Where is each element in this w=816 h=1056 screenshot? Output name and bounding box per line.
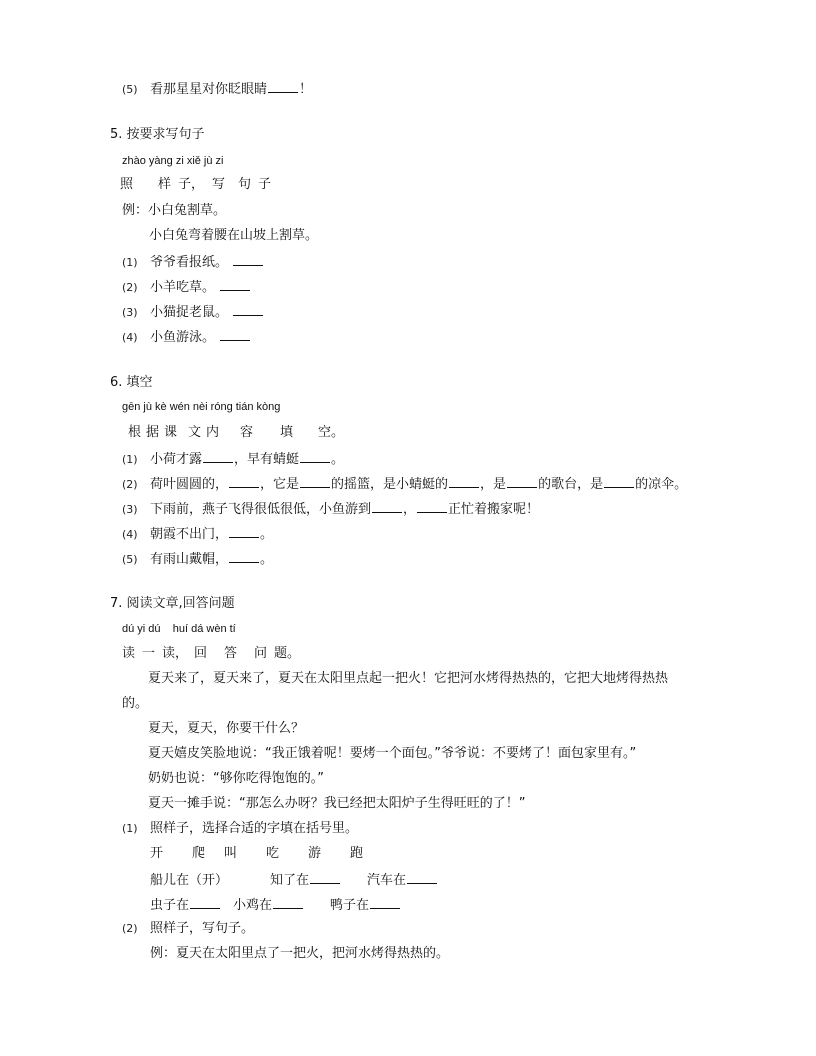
item-text: ，早有蜻蜓 bbox=[234, 452, 299, 467]
choice-char: 开 bbox=[150, 846, 192, 862]
answer-blank[interactable] bbox=[233, 303, 263, 316]
q7-sub2-example: 例：夏天在太阳里点了一把火，把河水烤得热热的。 bbox=[150, 946, 449, 962]
hanzi-char: 照 bbox=[120, 177, 158, 193]
answer-blank[interactable] bbox=[220, 328, 250, 341]
item-text: 小猫捉老鼠。 bbox=[150, 305, 228, 320]
example-sentence: 小白兔割草。 bbox=[148, 203, 226, 218]
fill-item: 虫子在 bbox=[150, 898, 189, 913]
item-number: (4) bbox=[122, 330, 150, 346]
item-number: (2) bbox=[122, 477, 150, 493]
hanzi-char: 容 bbox=[240, 425, 280, 441]
hanzi-char: 回 bbox=[194, 646, 224, 662]
answer-blank[interactable] bbox=[229, 525, 259, 538]
fill-item: 小鸡在 bbox=[233, 898, 272, 913]
answer-blank[interactable] bbox=[268, 80, 298, 93]
q4-item-5: (5)看那星星对你眨眼睛！ bbox=[122, 80, 312, 98]
q6-hanzi: 根据课文内容填空。 bbox=[128, 425, 344, 441]
item-text: ，是 bbox=[480, 477, 506, 492]
answer-blank[interactable] bbox=[300, 475, 330, 488]
item-number: (1) bbox=[122, 255, 150, 271]
answer-blank[interactable] bbox=[233, 253, 263, 266]
item-text: 小鱼游泳。 bbox=[150, 330, 215, 345]
hanzi-char: 题。 bbox=[274, 646, 300, 661]
hanzi-char: 样 bbox=[158, 177, 178, 193]
q7-hanzi: 读一读，回答问题。 bbox=[122, 646, 300, 662]
item-text: 朝霞不出门， bbox=[150, 527, 228, 542]
q6-item-4: (4)朝霞不出门，。 bbox=[122, 525, 273, 543]
choice-char: 跑 bbox=[350, 846, 363, 861]
item-text: 。 bbox=[260, 527, 273, 542]
item-text: 有雨山戴帽， bbox=[150, 552, 228, 567]
item-text: 荷叶圆圆的， bbox=[150, 477, 228, 492]
fill-item: 鸭子在 bbox=[330, 898, 369, 913]
fill-item: 船儿在（开） bbox=[150, 873, 270, 889]
choice-char: 爬 bbox=[192, 846, 224, 862]
q5-item-1: (1)爷爷看报纸。 bbox=[122, 253, 264, 271]
q5-example: 例：小白兔割草。 bbox=[122, 203, 226, 219]
q6-item-1: (1)小荷才露，早有蜻蜓。 bbox=[122, 450, 344, 468]
q6-title: 6. 填空 bbox=[110, 375, 153, 391]
hanzi-char: 读， bbox=[162, 646, 194, 662]
item-number: (4) bbox=[122, 527, 150, 543]
answer-blank[interactable] bbox=[300, 450, 330, 463]
item-text: 照样子，写句子。 bbox=[150, 921, 254, 936]
answer-blank[interactable] bbox=[229, 550, 259, 563]
item-text: 爷爷看报纸。 bbox=[150, 255, 228, 270]
passage-line-2: 的。 bbox=[122, 696, 148, 712]
hanzi-char: 空。 bbox=[318, 425, 344, 440]
item-text: ， bbox=[403, 502, 416, 517]
passage-line-5: 奶奶也说：“够你吃得饱饱的。” bbox=[148, 771, 324, 787]
choice-char: 叫 bbox=[224, 846, 266, 862]
item-number: (2) bbox=[122, 280, 150, 296]
answer-blank[interactable] bbox=[407, 871, 437, 884]
answer-blank[interactable] bbox=[370, 896, 400, 909]
item-text: 的凉伞。 bbox=[635, 477, 687, 492]
item-text: 的歌台，是 bbox=[538, 477, 603, 492]
item-number: (5) bbox=[122, 552, 150, 568]
hanzi-char: 课 bbox=[164, 425, 188, 441]
choice-char: 游 bbox=[308, 846, 350, 862]
q7-pinyin: dú yi dú huí dá wèn tí bbox=[122, 621, 236, 637]
q7-sub1-prompt: (1)照样子，选择合适的字填在括号里。 bbox=[122, 821, 358, 837]
q5-item-4: (4)小鱼游泳。 bbox=[122, 328, 251, 346]
answer-blank[interactable] bbox=[203, 450, 233, 463]
hanzi-char: 问 bbox=[254, 646, 274, 662]
example-label: 例： bbox=[122, 203, 148, 218]
hanzi-char: 一 bbox=[142, 646, 162, 662]
answer-blank[interactable] bbox=[604, 475, 634, 488]
q5-item-3: (3)小猫捉老鼠。 bbox=[122, 303, 264, 321]
q7-sub2-prompt: (2)照样子，写句子。 bbox=[122, 921, 254, 937]
answer-blank[interactable] bbox=[220, 278, 250, 291]
passage-line-4: 夏天嬉皮笑脸地说：“我正饿着呢！要烤一个面包。”爷爷说：不要烤了！面包家里有。” bbox=[148, 746, 636, 762]
item-text: 看那星星对你眨眼睛 bbox=[150, 82, 267, 97]
choice-char: 吃 bbox=[266, 846, 308, 862]
hanzi-char: 填 bbox=[280, 425, 318, 441]
hanzi-char: 写 bbox=[212, 177, 238, 193]
passage-line-1: 夏天来了，夏天来了，夏天在太阳里点起一把火！它把河水烤得热热的，它把大地烤得热热 bbox=[148, 671, 668, 687]
fill-item: 知了在 bbox=[270, 873, 309, 888]
answer-blank[interactable] bbox=[507, 475, 537, 488]
item-text: 下雨前，燕子飞得很低很低，小鱼游到 bbox=[150, 502, 371, 517]
item-text: 。 bbox=[331, 452, 344, 467]
hanzi-char: 答 bbox=[224, 646, 254, 662]
hanzi-char: 根 bbox=[128, 425, 146, 441]
item-number: (3) bbox=[122, 305, 150, 321]
answer-blank[interactable] bbox=[372, 500, 402, 513]
q5-title: 5. 按要求写句子 bbox=[110, 127, 205, 143]
q6-item-2: (2)荷叶圆圆的，，它是的摇篮，是小蜻蜓的，是的歌台，是的凉伞。 bbox=[122, 475, 687, 493]
item-number: (1) bbox=[122, 452, 150, 468]
answer-blank[interactable] bbox=[310, 871, 340, 884]
q7-title: 7. 阅读文章,回答问题 bbox=[110, 596, 235, 612]
hanzi-char: 据 bbox=[146, 425, 164, 441]
answer-blank[interactable] bbox=[229, 475, 259, 488]
hanzi-char: 句 bbox=[238, 177, 258, 193]
item-text: ，它是 bbox=[260, 477, 299, 492]
q6-item-5: (5)有雨山戴帽，。 bbox=[122, 550, 273, 568]
q5-item-2: (2)小羊吃草。 bbox=[122, 278, 251, 296]
answer-blank[interactable] bbox=[273, 896, 303, 909]
item-number: (1) bbox=[122, 821, 150, 837]
hanzi-char: 子 bbox=[258, 177, 271, 192]
item-text: 小荷才露 bbox=[150, 452, 202, 467]
q5-pinyin: zhào yàng zi xiě jù zi bbox=[122, 153, 224, 169]
answer-blank[interactable] bbox=[417, 500, 447, 513]
q5-hanzi: 照样子，写句子 bbox=[120, 177, 271, 193]
fill-item: 汽车在 bbox=[367, 873, 406, 888]
hanzi-char: 文 bbox=[188, 425, 206, 441]
answer-blank[interactable] bbox=[190, 896, 220, 909]
item-text: 的摇篮，是小蜻蜓的 bbox=[331, 477, 448, 492]
passage-line-6: 夏天一摊手说：“那怎么办呀？我已经把太阳炉子生得旺旺的了！” bbox=[148, 796, 525, 812]
q6-item-3: (3)下雨前，燕子飞得很低很低，小鱼游到，正忙着搬家呢！ bbox=[122, 500, 539, 518]
item-number: (3) bbox=[122, 502, 150, 518]
item-number: (2) bbox=[122, 921, 150, 937]
item-text: 小羊吃草。 bbox=[150, 280, 215, 295]
item-text: 照样子，选择合适的字填在括号里。 bbox=[150, 821, 358, 836]
q5-example-expanded: 小白兔弯着腰在山坡上割草。 bbox=[149, 228, 318, 244]
item-number: (5) bbox=[122, 82, 150, 98]
q7-sub1-row-2: 虫子在小鸡在鸭子在 bbox=[150, 896, 401, 914]
q7-sub1-choices: 开爬叫吃游跑 bbox=[150, 846, 363, 862]
item-text: 正忙着搬家呢！ bbox=[448, 502, 539, 517]
hanzi-char: 子， bbox=[178, 177, 212, 193]
hanzi-char: 内 bbox=[206, 425, 240, 441]
hanzi-char: 读 bbox=[122, 646, 142, 662]
passage-line-3: 夏天，夏天，你要干什么？ bbox=[148, 721, 304, 737]
item-text-end: ！ bbox=[299, 82, 312, 97]
q7-sub1-row-1: 船儿在（开）知了在汽车在 bbox=[150, 871, 438, 889]
answer-blank[interactable] bbox=[449, 475, 479, 488]
q6-pinyin: gēn jù kè wén nèi róng tián kòng bbox=[122, 399, 280, 415]
item-text: 。 bbox=[260, 552, 273, 567]
